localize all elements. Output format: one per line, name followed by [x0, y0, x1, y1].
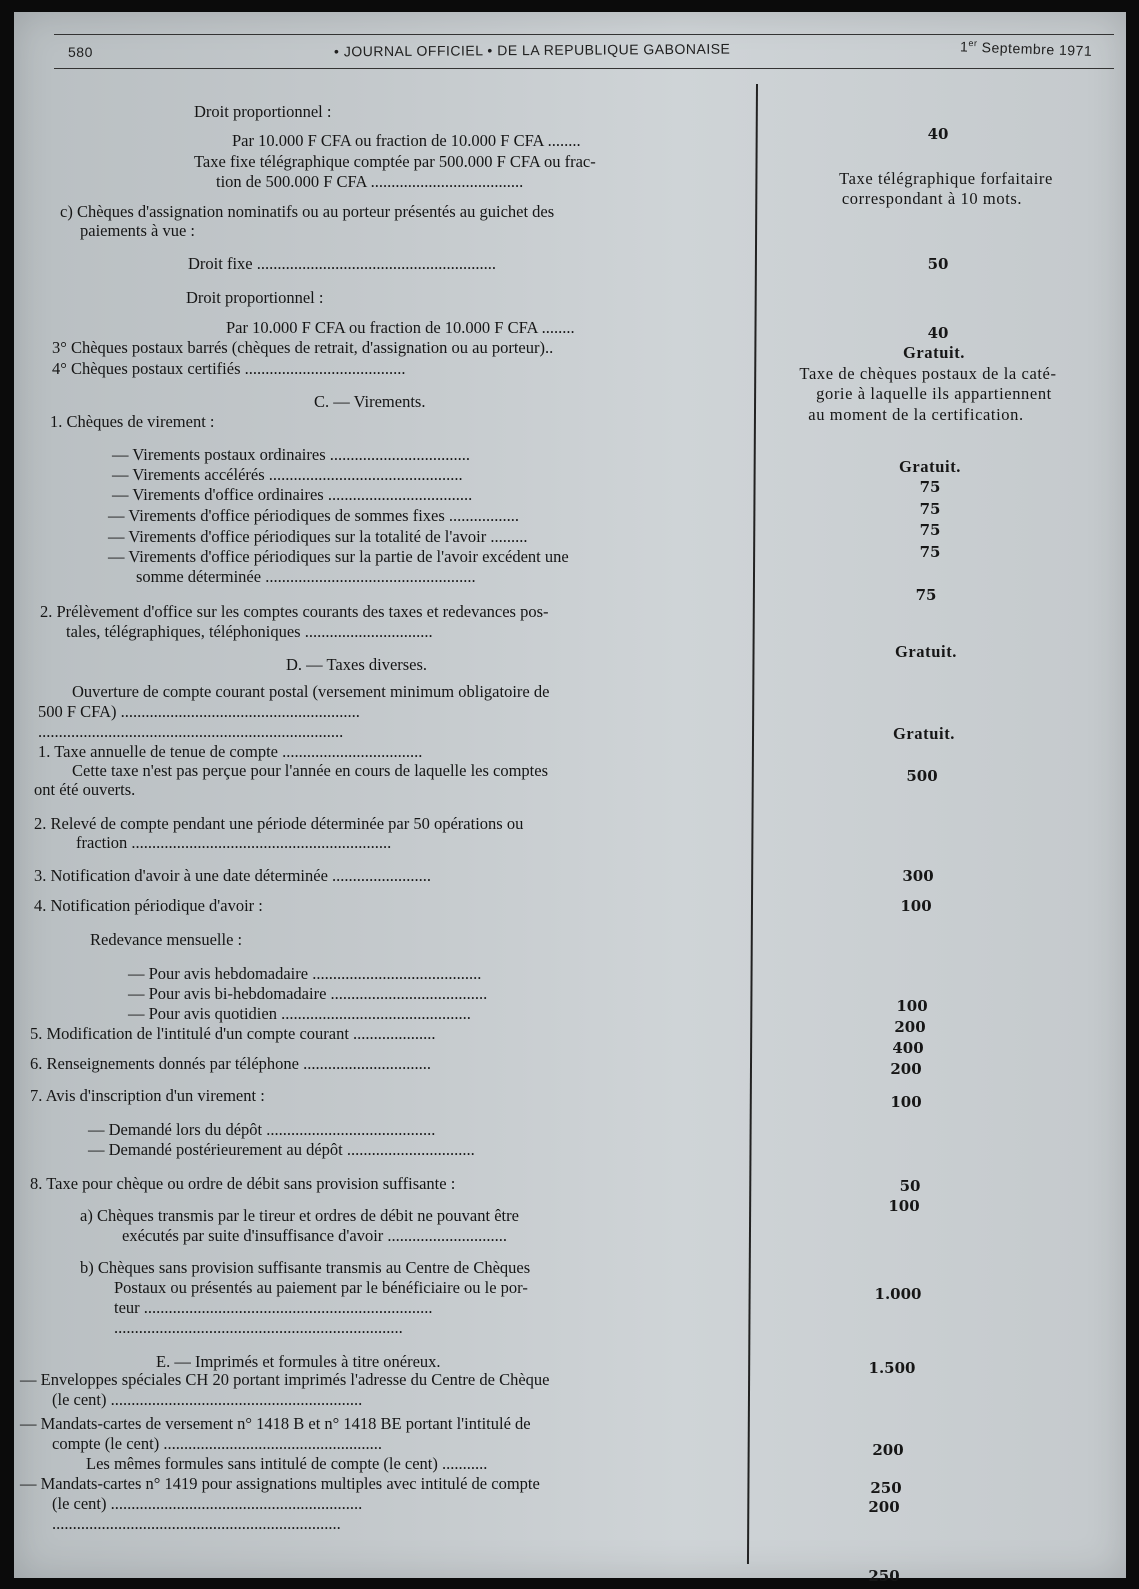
tariff-value: Taxe de chèques postaux de la caté-	[799, 364, 1056, 384]
tariff-line: 1. Taxe annuelle de tenue de compte ....…	[38, 743, 422, 761]
tariff-line: 3. Notification d'avoir à une date déter…	[34, 867, 431, 885]
tariff-value: gorie à laquelle ils appartiennent	[816, 384, 1052, 404]
tariff-value: 200	[872, 1441, 903, 1459]
tariff-line: — Virements d'office ordinaires ........…	[112, 486, 472, 504]
tariff-line: E. — Imprimés et formules à titre onéreu…	[156, 1353, 441, 1371]
tariff-value: 100	[890, 1093, 921, 1111]
tariff-value: 75	[920, 500, 941, 518]
tariff-value: 75	[920, 478, 941, 496]
tariff-line: c) Chèques d'assignation nominatifs ou a…	[60, 203, 554, 221]
tariff-value: 1.000	[875, 1285, 922, 1303]
tariff-value: 50	[928, 255, 949, 273]
tariff-line: ........................................…	[38, 723, 343, 741]
tariff-line: paiements à vue :	[80, 222, 195, 240]
tariff-line: 5. Modification de l'intitulé d'un compt…	[30, 1025, 436, 1043]
tariff-value: 300	[902, 867, 933, 885]
tariff-line: tales, télégraphiques, téléphoniques ...…	[66, 623, 433, 641]
tariff-line: — Virements d'office périodiques sur la …	[108, 548, 569, 566]
tariff-line: (le cent) ..............................…	[52, 1495, 362, 1513]
tariff-value: au moment de la certification.	[808, 405, 1023, 425]
tariff-line: — Mandats-cartes n° 1419 pour assignatio…	[20, 1475, 540, 1493]
issue-date: 1er Septembre 1971	[960, 38, 1093, 59]
tariff-line: (le cent) ..............................…	[52, 1391, 362, 1409]
tariff-value: 100	[888, 1197, 919, 1215]
tariff-line: — Enveloppes spéciales CH 20 portant imp…	[20, 1371, 549, 1389]
tariff-line: 3° Chèques postaux barrés (chèques de re…	[52, 339, 553, 357]
header-rule-top	[54, 34, 1114, 35]
tariff-line: D. — Taxes diverses.	[286, 656, 427, 674]
tariff-line: teur ...................................…	[114, 1299, 433, 1317]
tariff-line: Droit fixe .............................…	[188, 255, 496, 273]
tariff-value: Gratuit.	[895, 642, 957, 662]
tariff-line: compte (le cent) .......................…	[52, 1435, 382, 1453]
tariff-line: b) Chèques sans provision suffisante tra…	[80, 1259, 530, 1277]
tariff-value: 500	[906, 767, 937, 785]
tariff-line: 7. Avis d'inscription d'un virement :	[30, 1087, 265, 1105]
tariff-value: 250	[868, 1567, 899, 1585]
tariff-line: 4. Notification périodique d'avoir :	[34, 897, 263, 915]
document-page: 580 • JOURNAL OFFICIEL • DE LA REPUBLIQU…	[14, 12, 1126, 1578]
tariff-line: Cette taxe n'est pas perçue pour l'année…	[72, 762, 548, 780]
tariff-value: 40	[928, 125, 949, 143]
tariff-line: exécutés par suite d'insuffisance d'avoi…	[122, 1227, 507, 1245]
journal-title: • JOURNAL OFFICIEL • DE LA REPUBLIQUE GA…	[334, 41, 730, 60]
tariff-value: Taxe télégraphique forfaitaire	[839, 169, 1053, 189]
tariff-line: 4° Chèques postaux certifiés ...........…	[52, 360, 406, 378]
tariff-line: — Pour avis hebdomadaire ...............…	[128, 965, 481, 983]
tariff-line: 8. Taxe pour chèque ou ordre de débit sa…	[30, 1175, 455, 1193]
tariff-line: somme déterminée .......................…	[136, 568, 476, 586]
tariff-line: — Demandé lors du dépôt ................…	[88, 1121, 435, 1139]
tariff-value: Gratuit.	[899, 457, 961, 477]
tariff-line: Par 10.000 F CFA ou fraction de 10.000 F…	[232, 132, 581, 150]
tariff-value: 200	[868, 1498, 899, 1516]
tariff-line: Postaux ou présentés au paiement par le …	[114, 1279, 528, 1297]
header-rule-bottom	[54, 68, 1114, 69]
tariff-value: Gratuit.	[893, 724, 955, 744]
tariff-value: 50	[900, 1177, 921, 1195]
tariff-value: 75	[920, 543, 941, 561]
tariff-value: 200	[894, 1018, 925, 1036]
tariff-value: 75	[916, 586, 937, 604]
tariff-line: 1. Chèques de virement :	[50, 413, 215, 431]
page-number: 580	[68, 44, 93, 60]
tariff-line: — Demandé postérieurement au dépôt .....…	[88, 1141, 475, 1159]
tariff-line: — Pour avis quotidien ..................…	[128, 1005, 471, 1023]
tariff-value: 40	[928, 324, 949, 342]
tariff-line: Droit proportionnel :	[194, 103, 331, 121]
tariff-value: Gratuit.	[903, 343, 965, 363]
tariff-line: Par 10.000 F CFA ou fraction de 10.000 F…	[226, 319, 575, 337]
tariff-line: — Mandats-cartes de versement n° 1418 B …	[20, 1415, 531, 1433]
tariff-value: 250	[870, 1479, 901, 1497]
tariff-line: — Virements d'office périodiques sur la …	[108, 528, 528, 546]
tariff-line: 500 F CFA) .............................…	[38, 703, 360, 721]
tariff-line: 2. Relevé de compte pendant une période …	[34, 815, 523, 833]
page-header: 580 • JOURNAL OFFICIEL • DE LA REPUBLIQU…	[54, 30, 1114, 70]
tariff-line: — Virements postaux ordinaires .........…	[112, 446, 470, 464]
tariff-line: Taxe fixe télégraphique comptée par 500.…	[194, 153, 596, 171]
tariff-line: fraction ...............................…	[76, 834, 391, 852]
tariff-value: 400	[892, 1039, 923, 1057]
tariff-line: 2. Prélèvement d'office sur les comptes …	[40, 603, 549, 621]
tariff-line: Ouverture de compte courant postal (vers…	[72, 683, 549, 701]
column-divider	[747, 84, 758, 1564]
tariff-line: 6. Renseignements donnés par téléphone .…	[30, 1055, 431, 1073]
tariff-line: — Virements d'office périodiques de somm…	[108, 507, 519, 525]
tariff-line: tion de 500.000 F CFA ..................…	[216, 173, 523, 191]
tariff-line: — Pour avis bi-hebdomadaire ............…	[128, 985, 487, 1003]
tariff-line: ........................................…	[52, 1515, 341, 1533]
tariff-value: 75	[920, 521, 941, 539]
tariff-value: 1.500	[869, 1359, 916, 1377]
tariff-line: a) Chèques transmis par le tireur et ord…	[80, 1207, 519, 1225]
tariff-value: 100	[896, 997, 927, 1015]
tariff-value: 200	[890, 1060, 921, 1078]
tariff-line: C. — Virements.	[314, 393, 425, 411]
tariff-line: Les mêmes formules sans intitulé de comp…	[86, 1455, 487, 1473]
tariff-line: ........................................…	[114, 1319, 403, 1337]
tariff-value: correspondant à 10 mots.	[842, 189, 1022, 209]
tariff-line: Redevance mensuelle :	[90, 931, 242, 949]
tariff-value: 100	[900, 897, 931, 915]
tariff-line: ont été ouverts.	[34, 781, 135, 799]
tariff-line: Droit proportionnel :	[186, 289, 323, 307]
tariff-line: — Virements accélérés ..................…	[112, 466, 463, 484]
